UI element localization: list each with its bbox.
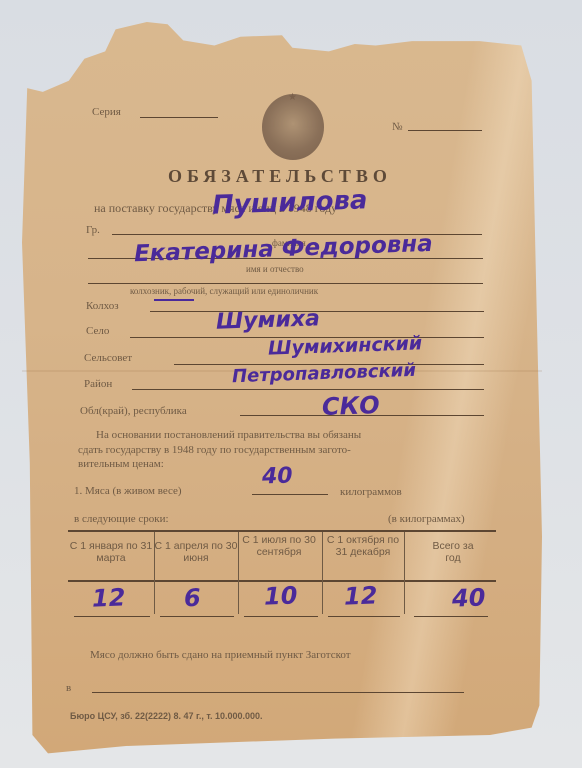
meat-total-field — [252, 494, 328, 495]
selo-label: Село — [86, 325, 109, 337]
status-underline — [154, 299, 194, 301]
value-q2: 6 — [184, 584, 202, 613]
handwritten-oblast: СКО — [322, 391, 381, 421]
meat-label: 1. Мяса (в живом весе) — [74, 485, 182, 497]
value-q3: 10 — [264, 581, 298, 610]
basis-text-line2: сдать государству в 1948 году по государ… — [78, 444, 351, 456]
number-label: № — [392, 121, 403, 133]
delivery-point-field — [92, 692, 464, 693]
series-field — [140, 117, 218, 118]
handwritten-selo: Шумиха — [216, 306, 321, 335]
number-field — [408, 130, 482, 131]
value-q4: 12 — [344, 581, 378, 610]
header-q3: С 1 июля по 30 сентября — [242, 534, 316, 558]
selsovet-label: Сельсовет — [84, 352, 132, 364]
delivery-text: Мясо должно быть сдано на приемный пункт… — [90, 649, 351, 661]
name-caption: имя и отчество — [246, 264, 304, 274]
delivery-prefix: в — [66, 682, 71, 694]
print-footer: Бюро ЦСУ, зб. 22(2222) 8. 47 г., т. 10.0… — [70, 711, 263, 721]
oblast-label: Обл(край), республика — [80, 405, 187, 417]
handwritten-surname: Пушилова — [212, 185, 368, 220]
raion-label: Район — [84, 378, 112, 390]
ussr-emblem-icon: ★ — [262, 94, 324, 160]
header-q4: С 1 октября по 31 декабря — [324, 534, 402, 558]
meat-unit: килограммов — [340, 486, 402, 498]
terms-label: в следующие сроки: — [74, 513, 169, 525]
status-field — [88, 283, 483, 284]
header-q2: С 1 апреля по 30 июня — [154, 540, 238, 564]
value-q1: 12 — [92, 583, 126, 612]
basis-text-line3: вительным ценам: — [78, 458, 164, 470]
basis-text-line1: На основании постановлений правительства… — [96, 429, 361, 441]
value-total: 40 — [452, 583, 486, 612]
document-title: ОБЯЗАТЕЛЬСТВО — [168, 166, 392, 187]
status-caption: колхозник, рабочий, служащий или единоли… — [130, 286, 318, 296]
terms-unit: (в килограммах) — [388, 513, 465, 525]
series-label: Серия — [92, 106, 121, 118]
header-total: Всего за год — [428, 540, 478, 564]
header-q1: С 1 января по 31 марта — [68, 540, 154, 564]
kolkhoz-label: Колхоз — [86, 300, 119, 312]
raion-field — [132, 389, 484, 390]
handwritten-meat-total: 40 — [262, 463, 293, 489]
citizen-label: Гр. — [86, 224, 100, 236]
